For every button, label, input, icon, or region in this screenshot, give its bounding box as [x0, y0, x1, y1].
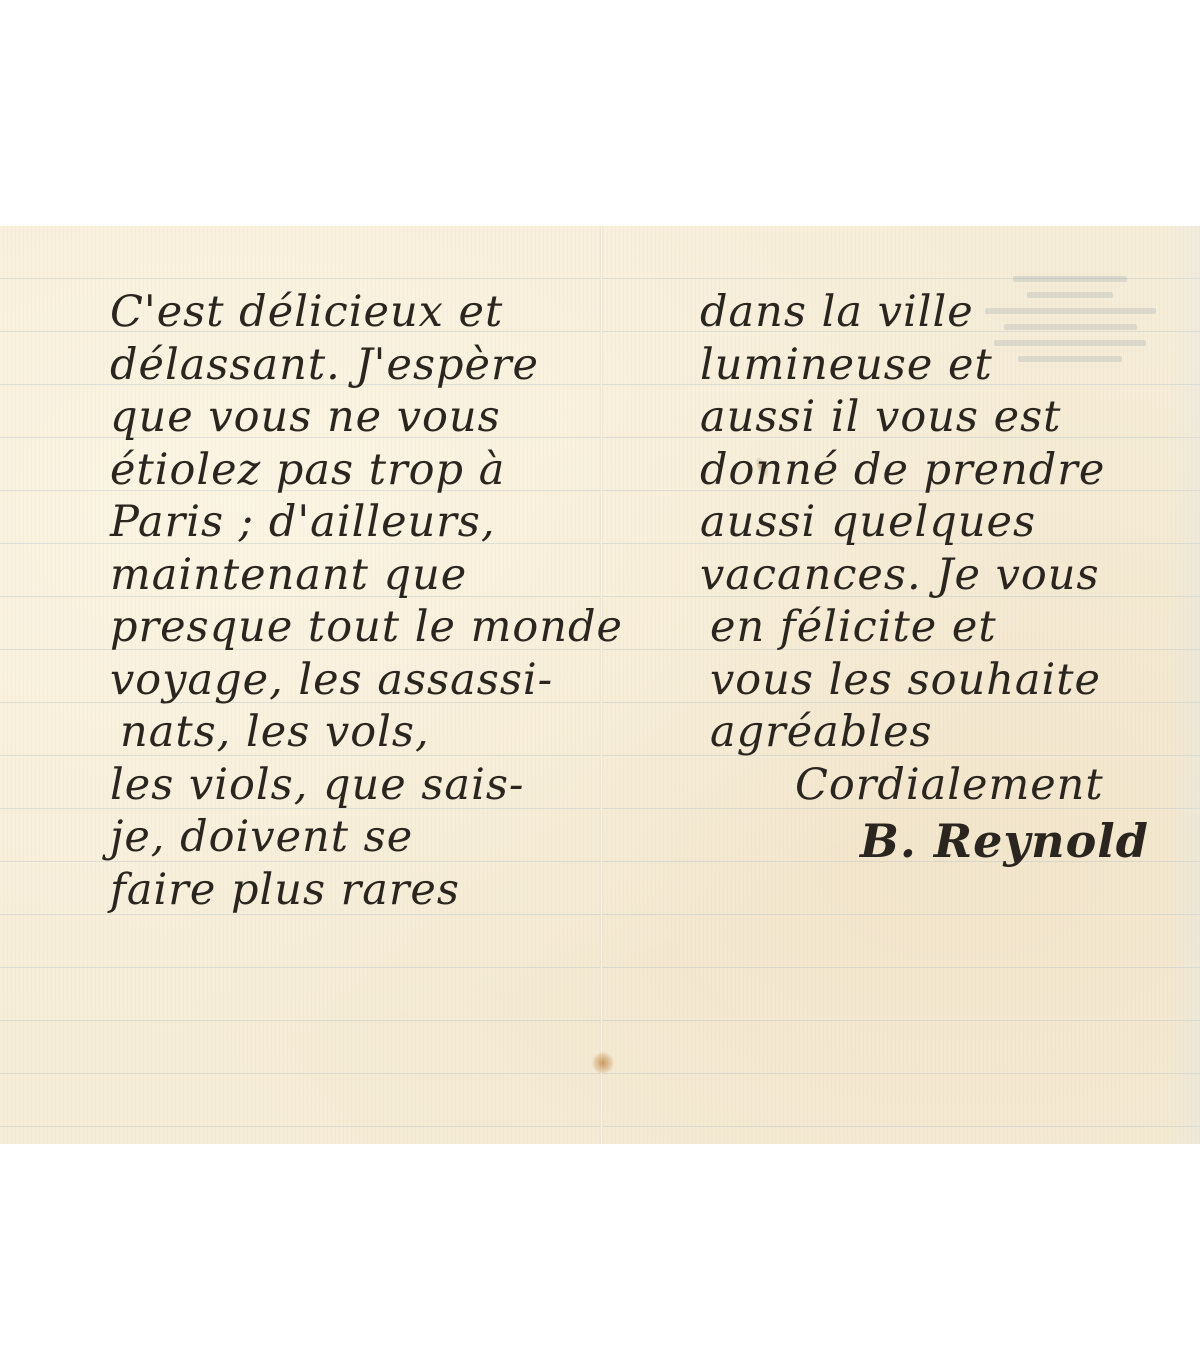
letter-paper: C'est délicieux et délassant. J'espère q… [0, 226, 1200, 1144]
text-line: délassant. J'espère [110, 339, 580, 392]
text-line: les viols, que sais- [110, 759, 580, 812]
text-line: maintenant que [110, 549, 580, 602]
text-line: que vous ne vous [110, 391, 580, 444]
text-line: en félicite et [700, 601, 1170, 654]
signature: B. Reynold [700, 815, 1170, 868]
text-line: Paris ; d'ailleurs, [110, 496, 580, 549]
paper-edge [1170, 226, 1200, 1144]
foxing-stain [592, 1052, 614, 1074]
left-page-text: C'est délicieux et délassant. J'espère q… [110, 286, 580, 916]
text-line: aussi quelques [700, 496, 1170, 549]
text-line: je, doivent se [110, 811, 580, 864]
page-fold [600, 226, 603, 1144]
text-line: vous les souhaite [700, 654, 1170, 707]
text-line: vacances. Je vous [700, 549, 1170, 602]
text-line: lumineuse et [700, 339, 1170, 392]
text-line: nats, les vols, [110, 706, 580, 759]
text-line: presque tout le monde [110, 601, 580, 654]
text-line: étiolez pas trop à [110, 444, 580, 497]
text-line: dans la ville [700, 286, 1170, 339]
right-page-text: dans la ville lumineuse et aussi il vous… [700, 286, 1170, 868]
text-line: C'est délicieux et [110, 286, 580, 339]
text-line: agréables [700, 706, 1170, 759]
text-line: voyage, les assassi- [110, 654, 580, 707]
closing-salutation: Cordialement [700, 759, 1170, 812]
text-line: faire plus rares [110, 864, 580, 917]
text-line: donné de prendre [700, 444, 1170, 497]
text-line: aussi il vous est [700, 391, 1170, 444]
